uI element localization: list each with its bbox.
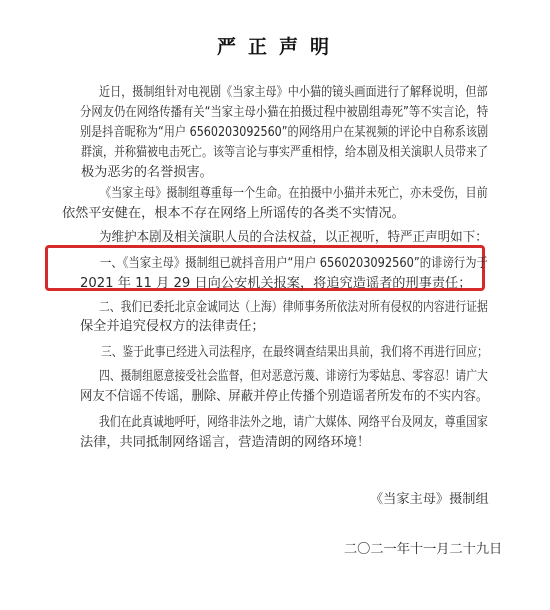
closing-line-2: 法律，共同抵制网络谣言，营造清朗的网络环境！ — [80, 434, 370, 452]
signature: 《当家主母》摄制组 — [370, 488, 489, 507]
clause-2-line-1: 二、我们已委托北京金诚同达（上海）律师事务所依法对所有侵权的内容进行证据 — [99, 299, 488, 317]
clause-3-line-1: 三、鉴于此事已经进入司法程序，在最终调查结果出具前，我们将不再进行回应； — [101, 344, 488, 362]
paragraph-1-line-1: 近日，摄制组针对电视剧《当家主母》中小猫的镜头画面进行了解释说明，但部 — [99, 84, 488, 102]
statement-document: 严正声明 近日，摄制组针对电视剧《当家主母》中小猫的镜头画面进行了解释说明，但部… — [0, 0, 550, 610]
paragraph-1-line-4: 群演，并称猫被电击死亡。该等言论与事实严重相悖，给本剧及相关演职人员带来了 — [81, 144, 488, 162]
clause-2-line-2: 保全并追究侵权方的法律责任； — [80, 318, 265, 336]
clause-1-line-2: 2021 年 11 月 29 日向公安机关报案，将追究造谣者的刑事责任； — [80, 275, 471, 293]
paragraph-1-line-3: 别是抖音昵称为“用户 6560203092560”的网络用户在某视频的评论中自称… — [80, 124, 488, 142]
clause-4-line-2: 网友不信谣不传谣，删除、屏蔽并停止传播个别造谣者所发布的不实内容。 — [80, 388, 488, 406]
clause-1-line-1: 一、《当家主母》摄制组已就抖音用户“用户 6560203092560”的诽谤行为… — [100, 255, 488, 273]
closing-line-1: 我们在此真诚地呼吁，网络非法外之地，请广大媒体、网络平台及网友，尊重国家 — [99, 414, 488, 432]
paragraph-1-line-5: 极为恶劣的名誉损害。 — [81, 164, 213, 182]
date: 二〇二一年十一月二十九日 — [344, 538, 502, 557]
clause-4-line-1: 四、摄制组愿意接受社会监督，但对恶意污蔑、诽谤行为零姑息、零容忍！请广大 — [99, 368, 488, 386]
paragraph-2-line-1: 《当家主母》摄制组尊重每一个生命。在拍摄中小猫并未死亡，亦未受伤，目前 — [100, 185, 488, 203]
paragraph-1-line-2: 分网友仍在网络传播有关“当家主母小猫在拍摄过程中被剧组毒死”等不实言论，特 — [80, 104, 488, 122]
document-title: 严正声明 — [0, 32, 550, 59]
paragraph-2-line-2: 依然平安健在，根本不存在网络上所谣传的各类不实情况。 — [62, 205, 405, 223]
